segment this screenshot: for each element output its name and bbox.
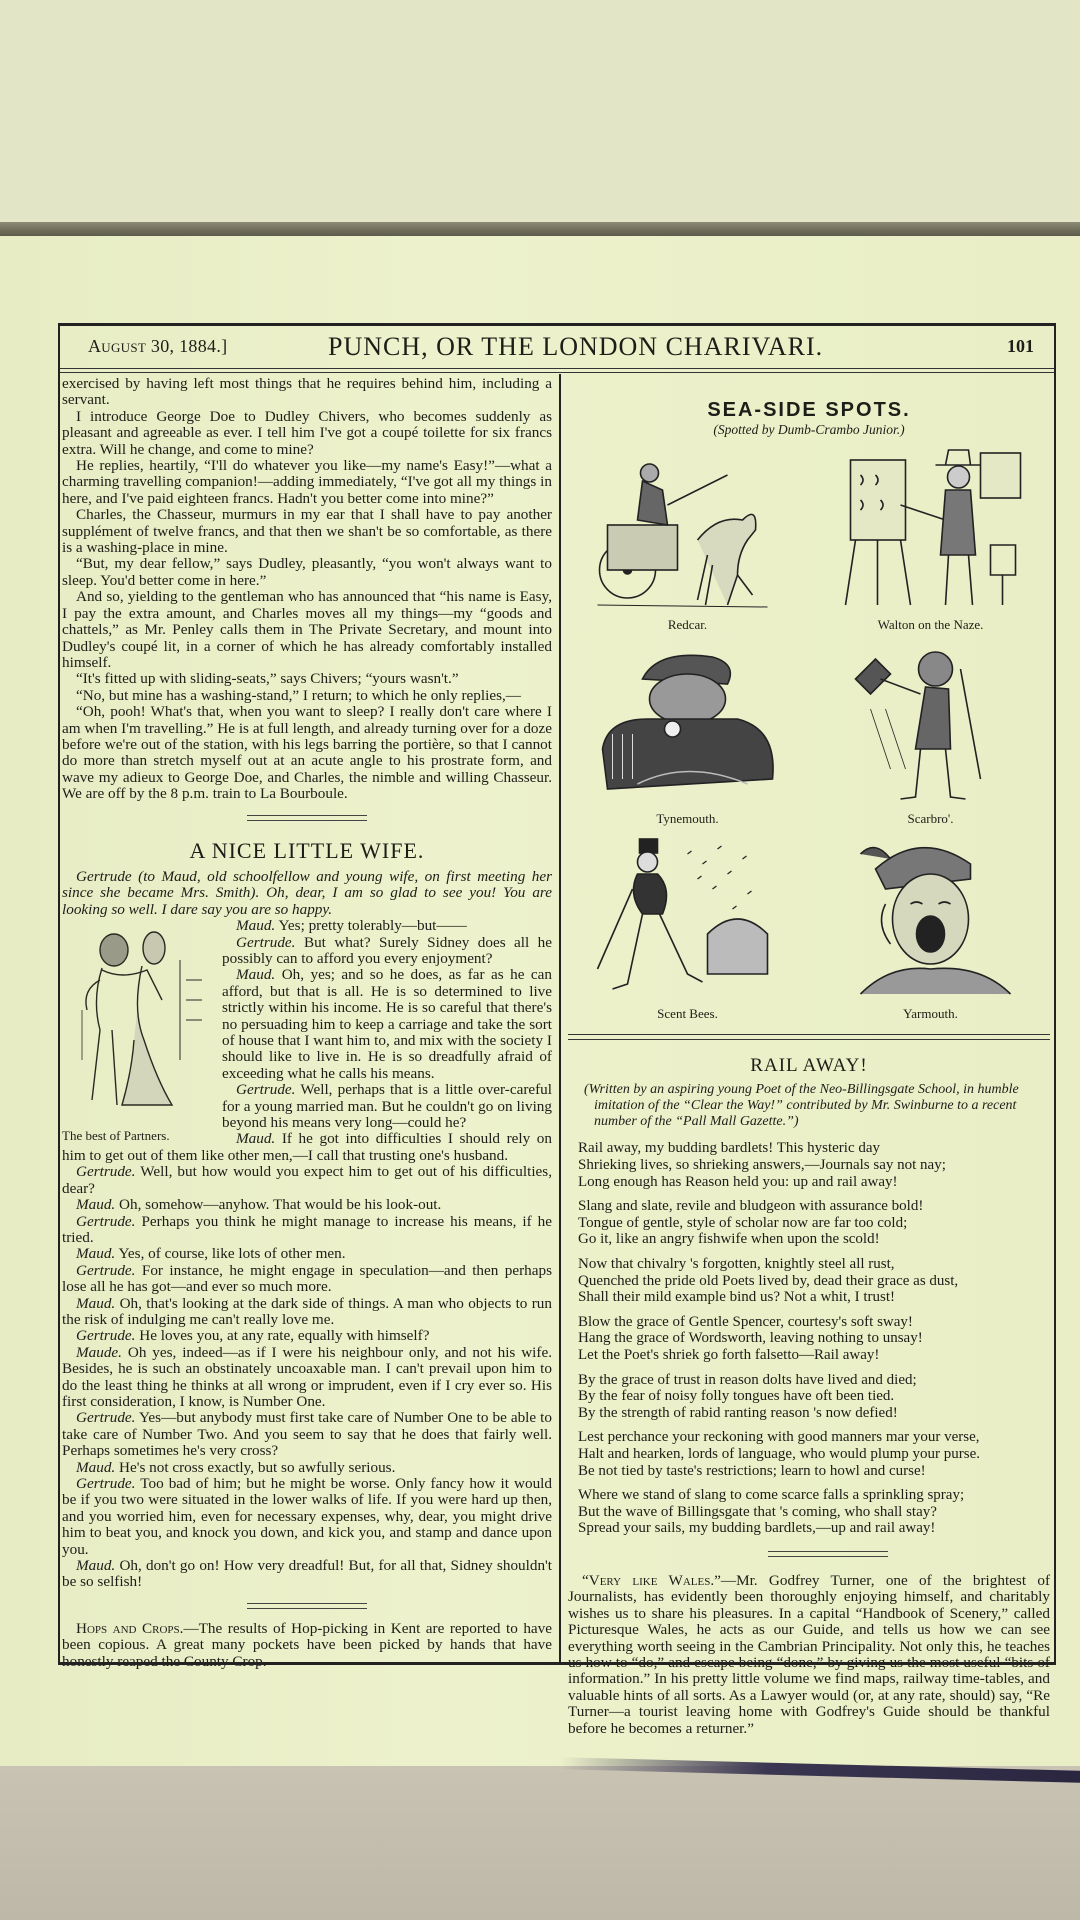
poem-stanza: Blow the grace of Gentle Spencer, courte… bbox=[578, 1314, 1050, 1364]
verse-line: Slang and slate, revile and bludgeon wit… bbox=[578, 1198, 1050, 1215]
poem-stanza: Lest perchance your reckoning with good … bbox=[578, 1429, 1050, 1479]
verse-line: By the fear of noisy folly tongues have … bbox=[578, 1388, 1050, 1405]
verse-line: Hang the grace of Wordsworth, leaving no… bbox=[578, 1330, 1050, 1347]
speech: For instance, he might engage in specula… bbox=[62, 1262, 552, 1295]
verse-line: Let the Poet's shriek go forth falsetto—… bbox=[578, 1347, 1050, 1364]
dandy-bees-icon bbox=[576, 834, 799, 1004]
verse-line: By the strength of rabid ranting reason … bbox=[578, 1405, 1050, 1422]
issue-date: August 30, 1884.] bbox=[88, 336, 227, 357]
cartoon-tynemouth: Tynemouth. bbox=[576, 639, 799, 827]
speaker: Maud. bbox=[76, 1557, 115, 1574]
page-number: 101 bbox=[1007, 336, 1034, 357]
cartoon-caption: Scent Bees. bbox=[576, 1006, 799, 1022]
cartoon-caption: Tynemouth. bbox=[576, 811, 799, 827]
lecturer-easel-icon bbox=[819, 445, 1042, 615]
speech: Oh, that's looking at the dark side of t… bbox=[62, 1295, 552, 1328]
speaker: Gertrude. bbox=[76, 1327, 135, 1344]
speaker: Maud. bbox=[76, 1196, 115, 1213]
poem-stanza: Now that chivalry 's forgotten, knightly… bbox=[578, 1256, 1050, 1306]
speaker: Maud. bbox=[236, 917, 275, 934]
story-intro-text: Gertrude (to Maud, old schoolfellow and … bbox=[62, 868, 552, 918]
wales-heading: “Very like Wales.” bbox=[582, 1572, 721, 1589]
speaker: Maude. bbox=[76, 1344, 122, 1361]
pony-cart-icon bbox=[576, 445, 799, 615]
cartoon-caption: Redcar. bbox=[576, 617, 799, 633]
speech: Perhaps you think he might manage to inc… bbox=[62, 1213, 552, 1246]
cartoon-scent-bees: Scent Bees. bbox=[576, 834, 799, 1022]
verse-line: Where we stand of slang to come scarce f… bbox=[578, 1487, 1050, 1504]
section-divider bbox=[247, 815, 367, 821]
bottom-border-rule bbox=[58, 1662, 1056, 1665]
section-divider bbox=[568, 1034, 1050, 1040]
cartoon-yarmouth: Yarmouth. bbox=[819, 834, 1042, 1022]
poem-note: (Written by an aspiring young Poet of th… bbox=[574, 1082, 1044, 1130]
speaker: Gertrude. bbox=[76, 1163, 135, 1180]
cartoon-walton-on-the-naze: Walton on the Naze. bbox=[819, 445, 1042, 633]
speaker: Gertrude. bbox=[236, 934, 295, 951]
cartoon-scarbro: Scarbro'. bbox=[819, 639, 1042, 827]
sea-side-title: SEA-SIDE SPOTS. bbox=[568, 402, 1050, 418]
stout-man-icon bbox=[576, 639, 799, 809]
speech: Yes—but anybody must first take care of … bbox=[62, 1409, 552, 1459]
article-paragraph: And so, yielding to the gentleman who ha… bbox=[62, 589, 552, 671]
dialogue-line: Maud. Oh, that's looking at the dark sid… bbox=[62, 1296, 552, 1329]
article-paragraph: “Oh, pooh! What's that, when you want to… bbox=[62, 704, 552, 802]
dialogue-line: Maud. Yes, of course, like lots of other… bbox=[62, 1246, 552, 1262]
speech: Oh, don't go on! How very dreadful! But,… bbox=[62, 1557, 552, 1590]
speaker: Gertrude. bbox=[76, 1409, 135, 1426]
verse-line: Shall their mild example bind us? Not a … bbox=[578, 1289, 1050, 1306]
illustration-caption: The best of Partners. bbox=[62, 1128, 170, 1144]
article-paragraph: “No, but mine has a washing-stand,” I re… bbox=[62, 688, 552, 704]
verse-line: Spread your sails, my budding bardlets,—… bbox=[578, 1520, 1050, 1537]
cartoon-caption: Yarmouth. bbox=[819, 1006, 1042, 1022]
right-column: SEA-SIDE SPOTS. (Spotted by Dumb-Crambo … bbox=[568, 376, 1050, 1737]
section-divider bbox=[247, 1603, 367, 1609]
column-divider bbox=[559, 374, 561, 1664]
speaker: Maud. bbox=[76, 1295, 115, 1312]
speaker: Gertrude. bbox=[236, 1081, 295, 1098]
poem-stanza: By the grace of trust in reason dolts ha… bbox=[578, 1372, 1050, 1422]
speech: Oh yes, indeed—as if I were his neighbou… bbox=[62, 1344, 552, 1410]
article-paragraph: Charles, the Chasseur, murmurs in my ear… bbox=[62, 507, 552, 556]
speech: Oh, yes; and so he does, as far as he ca… bbox=[222, 966, 552, 1081]
dialogue-line: Gertrude. Yes—but anybody must first tak… bbox=[62, 1410, 552, 1459]
speaker: Maud. bbox=[76, 1245, 115, 1262]
story-title: A NICE LITTLE WIFE. bbox=[62, 843, 552, 859]
poem-title: RAIL AWAY! bbox=[568, 1058, 1050, 1074]
cartoon-redcar: Redcar. bbox=[576, 445, 799, 633]
speech: Oh, somehow—anyhow. That would be his lo… bbox=[119, 1196, 441, 1213]
verse-line: Lest perchance your reckoning with good … bbox=[578, 1429, 1050, 1446]
dialogue-line: Maud. He's not cross exactly, but so awf… bbox=[62, 1460, 552, 1476]
dialogue-line: Gertrude. Too bad of him; but he might b… bbox=[62, 1476, 552, 1558]
cartoon-caption: Scarbro'. bbox=[819, 811, 1042, 827]
story-intro: Gertrude (to Maud, old schoolfellow and … bbox=[62, 869, 552, 918]
header-double-rule bbox=[60, 368, 1054, 373]
verse-line: By the grace of trust in reason dolts ha… bbox=[578, 1372, 1050, 1389]
sea-side-subtitle: (Spotted by Dumb-Crambo Junior.) bbox=[568, 422, 1050, 438]
speech: Too bad of him; but he might be worse. O… bbox=[62, 1475, 552, 1558]
verse-line: Tongue of gentle, style of scholar now a… bbox=[578, 1215, 1050, 1232]
poem-stanza: Where we stand of slang to come scarce f… bbox=[578, 1487, 1050, 1537]
dialogue-line: Maude. Oh yes, indeed—as if I were his n… bbox=[62, 1345, 552, 1411]
article-paragraph: “But, my dear fellow,” says Dudley, plea… bbox=[62, 556, 552, 589]
verse-line: Quenched the pride old Poets lived by, d… bbox=[578, 1273, 1050, 1290]
article-paragraph: He replies, heartily, “I'll do whatever … bbox=[62, 458, 552, 507]
speaker: Maud. bbox=[236, 1130, 275, 1147]
speech: Yes, of course, like lots of other men. bbox=[118, 1245, 345, 1262]
very-like-wales-paragraph: “Very like Wales.”—Mr. Godfrey Turner, o… bbox=[568, 1573, 1050, 1737]
dialogue-line: Gertrude. For instance, he might engage … bbox=[62, 1263, 552, 1296]
speech: He's not cross exactly, but so awfully s… bbox=[119, 1459, 395, 1476]
speaker: Maud. bbox=[236, 966, 275, 983]
publication-title: PUNCH, OR THE LONDON CHARIVARI. bbox=[328, 332, 823, 362]
section-divider bbox=[768, 1551, 888, 1557]
verse-line: Halt and hearken, lords of language, who… bbox=[578, 1446, 1050, 1463]
verse-line: Go it, like an angry fishwife when upon … bbox=[578, 1231, 1050, 1248]
poem-stanza: Slang and slate, revile and bludgeon wit… bbox=[578, 1198, 1050, 1248]
article-paragraph: “It's fitted up with sliding-seats,” say… bbox=[62, 671, 552, 687]
speech: He loves you, at any rate, equally with … bbox=[139, 1327, 429, 1344]
dialogue-line: Maud. Oh, don't go on! How very dreadful… bbox=[62, 1558, 552, 1591]
verse-line: Be not tied by taste's restrictions; lea… bbox=[578, 1463, 1050, 1480]
verse-line: Long enough has Reason held you: up and … bbox=[578, 1174, 1050, 1191]
verse-line: Now that chivalry 's forgotten, knightly… bbox=[578, 1256, 1050, 1273]
background-wall bbox=[0, 0, 1080, 235]
wales-text: —Mr. Godfrey Turner, one of the brightes… bbox=[568, 1572, 1050, 1737]
cartoon-caption: Walton on the Naze. bbox=[819, 617, 1042, 633]
page-header: August 30, 1884.] PUNCH, OR THE LONDON C… bbox=[60, 330, 1054, 366]
dancing-couple-icon bbox=[62, 920, 212, 1120]
poem-stanza: Rail away, my budding bardlets! This hys… bbox=[578, 1140, 1050, 1190]
speaker: Gertrude. bbox=[76, 1262, 135, 1279]
article-paragraph: exercised by having left most things tha… bbox=[62, 376, 552, 409]
verse-line: Shrieking lives, so shrieking answers,—J… bbox=[578, 1157, 1050, 1174]
article-paragraph: I introduce George Doe to Dudley Chivers… bbox=[62, 409, 552, 458]
speech: Well, but how would you expect him to ge… bbox=[62, 1163, 552, 1196]
dialogue-line: Gertrude. Perhaps you think he might man… bbox=[62, 1214, 552, 1247]
partners-illustration: The best of Partners. bbox=[62, 920, 212, 1140]
speaker: Gertrude. bbox=[76, 1213, 135, 1230]
verse-line: But the wave of Billingsgate that 's com… bbox=[578, 1504, 1050, 1521]
dialogue-line: Gertrude. He loves you, at any rate, equ… bbox=[62, 1328, 552, 1344]
verse-line: Rail away, my budding bardlets! This hys… bbox=[578, 1140, 1050, 1157]
left-column: exercised by having left most things tha… bbox=[62, 376, 552, 1670]
yawning-man-icon bbox=[819, 834, 1042, 1004]
speech: Yes; pretty tolerably—but—— bbox=[278, 917, 466, 934]
table-surface bbox=[0, 1766, 1080, 1920]
hops-heading: Hops and Crops. bbox=[76, 1620, 183, 1637]
speaker: Gertrude. bbox=[76, 1475, 135, 1492]
dialogue-line: Gertrude. Well, but how would you expect… bbox=[62, 1164, 552, 1197]
bowing-man-icon bbox=[819, 639, 1042, 809]
verse-line: Blow the grace of Gentle Spencer, courte… bbox=[578, 1314, 1050, 1331]
book-top-edge bbox=[0, 222, 1080, 236]
cartoon-grid: Redcar. bbox=[576, 445, 1042, 1022]
dialogue-line: Maud. Oh, somehow—anyhow. That would be … bbox=[62, 1197, 552, 1213]
speaker: Maud. bbox=[76, 1459, 115, 1476]
